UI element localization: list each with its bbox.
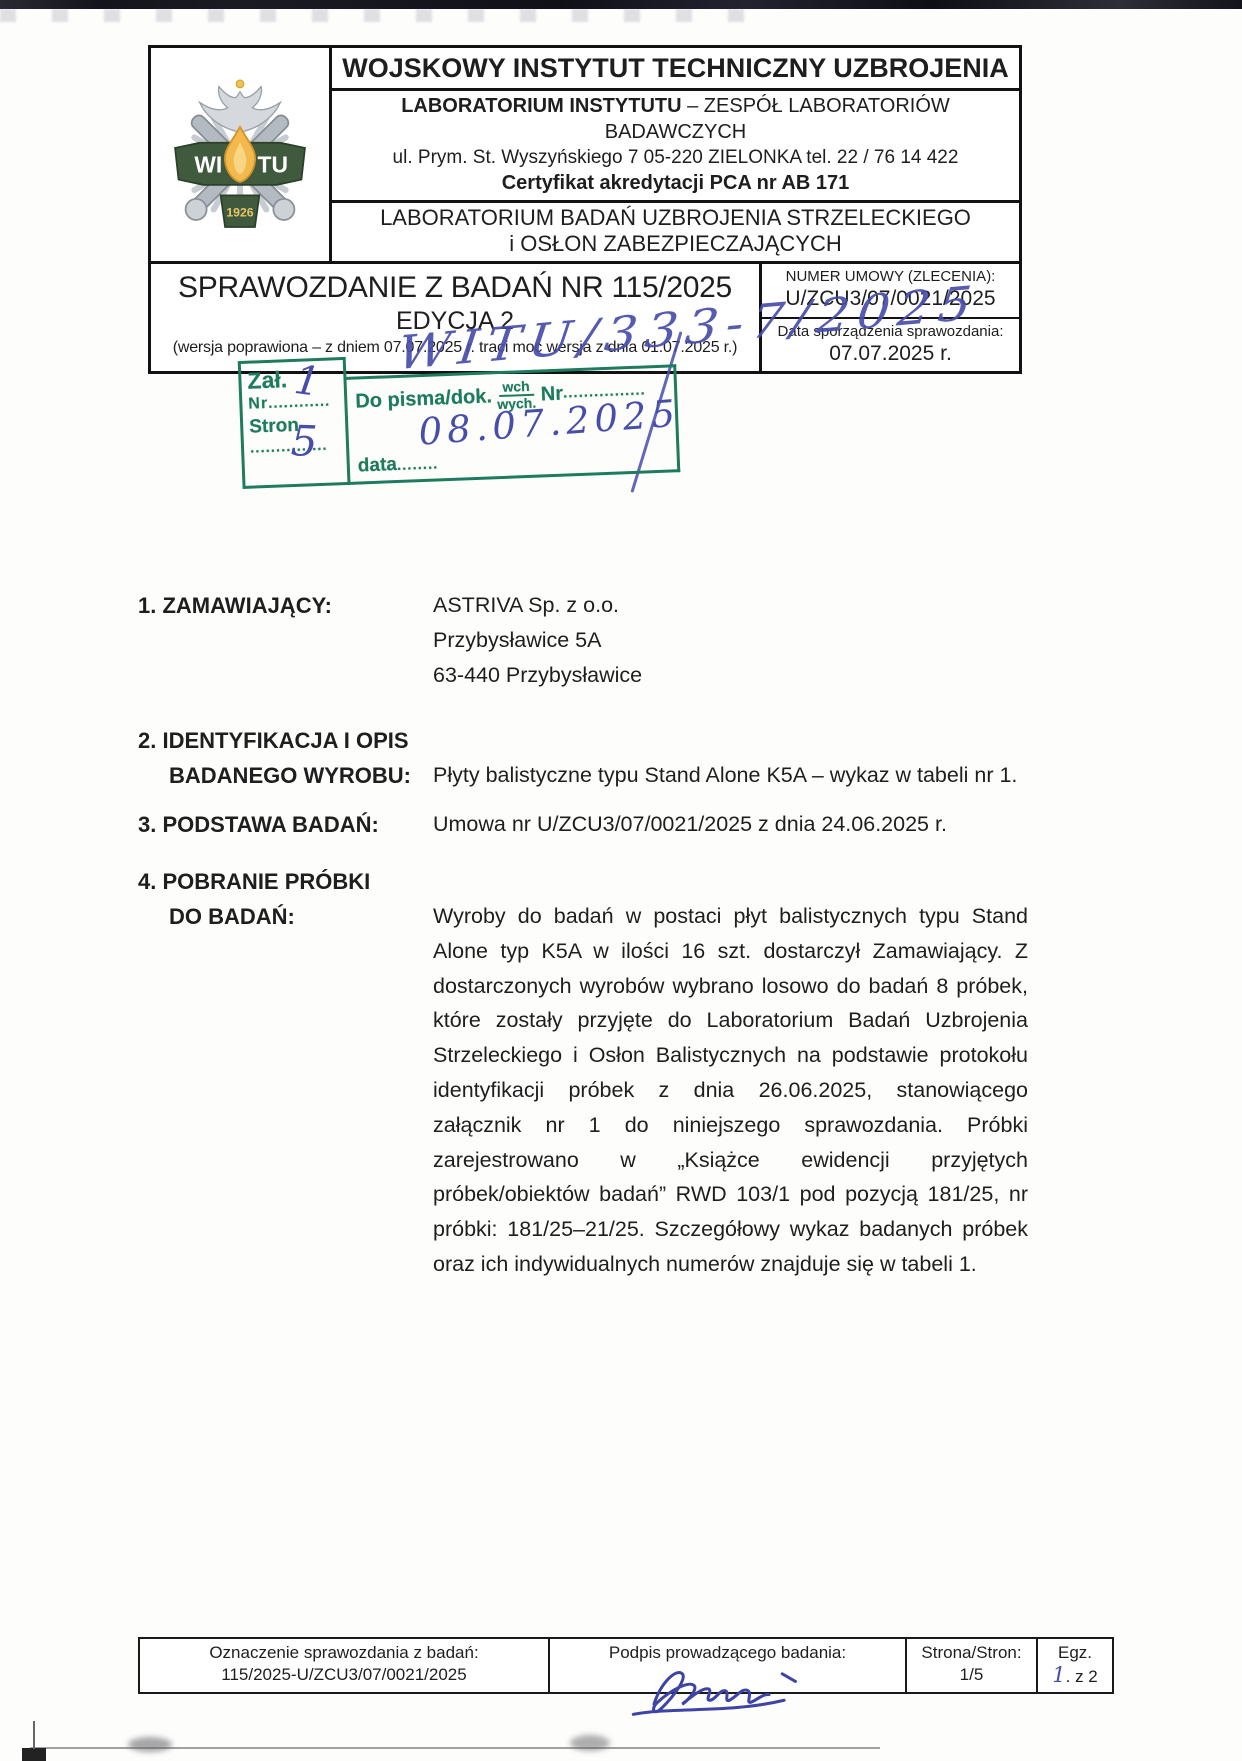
section-2-value: Płyty balistyczne typu Stand Alone K5A –…	[433, 723, 1028, 793]
section-4-label: 4. POBRANIE PRÓBKI DO BADAŃ:	[138, 864, 433, 1282]
logo-year-text: 1926	[226, 205, 253, 219]
section-1-label: 1. ZAMAWIAJĄCY:	[138, 588, 433, 693]
section-3-value: Umowa nr U/ZCU3/07/0021/2025 z dnia 24.0…	[433, 807, 1028, 842]
logo-tu-text: TU	[258, 151, 288, 177]
section-pobranie-probki: 4. POBRANIE PRÓBKI DO BADAŃ: Wyroby do b…	[138, 864, 1028, 1282]
witu-emblem-icon: WI TU 1926	[164, 76, 316, 234]
office-stamp: Zał. Nr............ Stron ..............…	[238, 343, 713, 489]
lab2-line2: i OSŁON ZABEZPIECZAJĄCYCH	[334, 231, 1017, 257]
footer-table: Oznaczenie sprawozdania z badań: 115/202…	[138, 1637, 1114, 1694]
lab-name-bold: LABORATORIUM INSTYTUTU	[401, 95, 681, 117]
copy-number-label: Egz.	[1040, 1642, 1110, 1664]
page-count-value: 1/5	[909, 1664, 1034, 1686]
scanned-test-report-page: WI TU 1926 WOJSKOWY INSTYTUT TECHNICZNY …	[0, 0, 1242, 1761]
scan-artifact-line	[33, 1721, 35, 1749]
section-podstawa: 3. PODSTAWA BADAŃ: Umowa nr U/ZCU3/07/00…	[138, 807, 1028, 842]
lab-block: LABORATORIUM INSTYTUTU – ZESPÓŁ LABORATO…	[332, 91, 1019, 203]
stamp-data-line: data........	[357, 452, 438, 477]
scan-smear-top	[0, 9, 770, 22]
accreditation-certificate: Certyfikat akredytacji PCA nr AB 171	[334, 170, 1017, 196]
section-4-value: Wyroby do badań w postaci płyt balistycz…	[433, 864, 1028, 1282]
page-count-cell: Strona/Stron: 1/5	[907, 1639, 1038, 1692]
section-zamawiajacy: 1. ZAMAWIAJĄCY: ASTRIVA Sp. z o.o. Przyb…	[138, 588, 1028, 693]
scan-corner-mark	[22, 1748, 46, 1761]
lab2-line1: LABORATORIUM BADAŃ UZBROJENIA STRZELECKI…	[334, 205, 1017, 231]
institute-logo: WI TU 1926	[151, 48, 332, 261]
page-count-label: Strona/Stron:	[909, 1642, 1034, 1664]
report-date-value: 07.07.2025 r.	[764, 341, 1017, 367]
report-title: SPRAWOZDANIE Z BADAŃ NR 115/2025	[153, 269, 757, 306]
lab-address: ul. Prym. St. Wyszyńskiego 7 05-220 ZIEL…	[334, 145, 1017, 170]
logo-wi-text: WI	[194, 151, 222, 177]
handwritten-signature	[620, 1655, 820, 1721]
signature-cell: Podpis prowadzącego badania:	[550, 1639, 907, 1692]
section-2-label: 2. IDENTYFIKACJA I OPIS BADANEGO WYROBU:	[138, 723, 433, 793]
lab-line: LABORATORIUM INSTYTUTU – ZESPÓŁ LABORATO…	[334, 93, 1017, 145]
institute-name: WOJSKOWY INSTYTUT TECHNICZNY UZBROJENIA	[332, 48, 1019, 91]
report-designation-cell: Oznaczenie sprawozdania z badań: 115/202…	[140, 1639, 550, 1692]
report-designation-label: Oznaczenie sprawozdania z badań:	[142, 1642, 546, 1664]
handwritten-copy-number: 1	[1052, 1663, 1065, 1687]
report-designation-value: 115/2025-U/ZCU3/07/0021/2025	[142, 1664, 546, 1686]
section-identyfikacja: 2. IDENTYFIKACJA I OPIS BADANEGO WYROBU:…	[138, 723, 1028, 793]
copy-number-value: 1. z 2	[1040, 1664, 1110, 1688]
scan-smudge	[570, 1735, 610, 1751]
section-1-value: ASTRIVA Sp. z o.o. Przybysławice 5A 63-4…	[433, 588, 1028, 693]
client-address-1: Przybysławice 5A	[433, 623, 1028, 658]
section-3-label: 3. PODSTAWA BADAŃ:	[138, 807, 433, 842]
report-body: 1. ZAMAWIAJĄCY: ASTRIVA Sp. z o.o. Przyb…	[138, 588, 1028, 1282]
scan-smudge	[128, 1737, 172, 1752]
handwritten-page-count: 5	[290, 416, 318, 466]
scan-edge-artifact-top	[0, 0, 1242, 9]
client-name: ASTRIVA Sp. z o.o.	[433, 588, 1028, 623]
copy-number-cell: Egz. 1. z 2	[1038, 1639, 1112, 1692]
lab2-block: LABORATORIUM BADAŃ UZBROJENIA STRZELECKI…	[332, 203, 1019, 261]
client-address-2: 63-440 Przybysławice	[433, 658, 1028, 693]
